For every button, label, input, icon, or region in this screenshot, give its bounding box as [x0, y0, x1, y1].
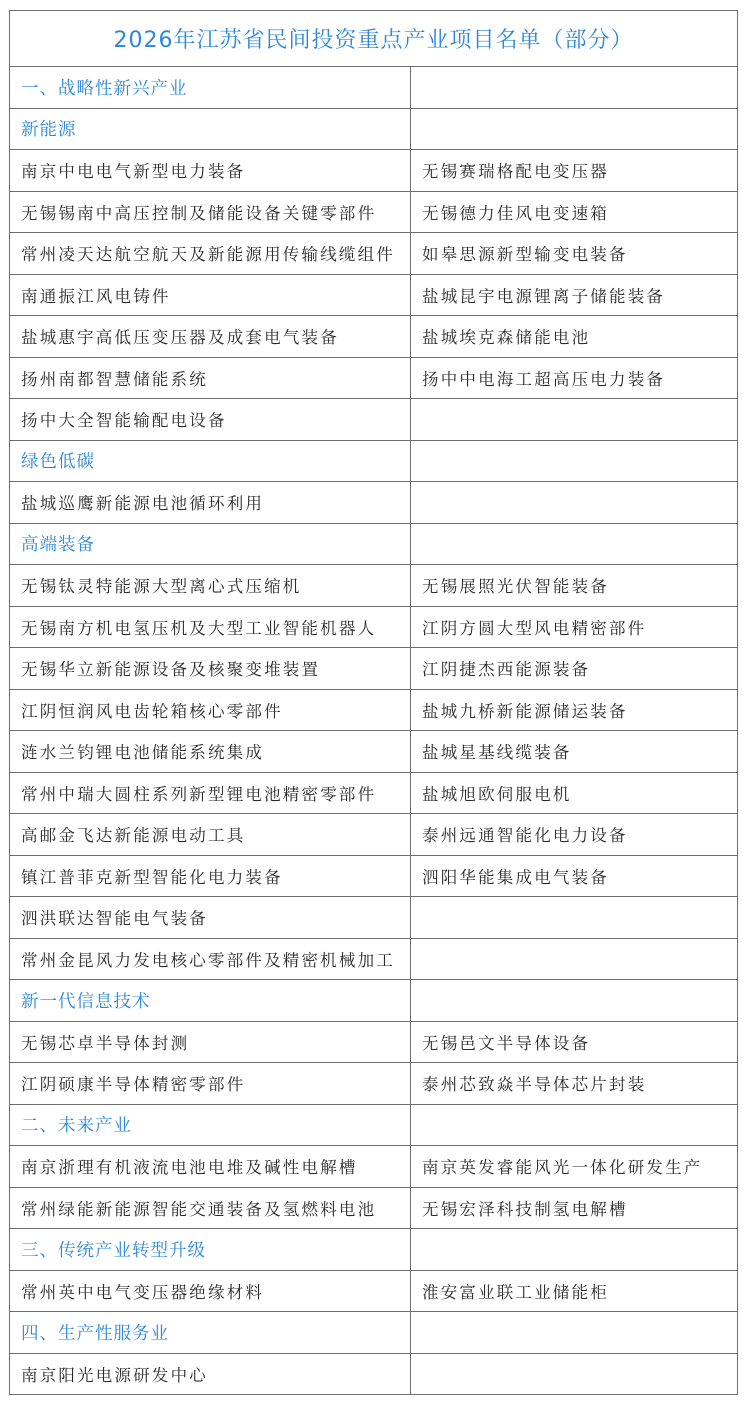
- project-cell-right: [411, 440, 738, 482]
- table-row: 盐城巡鹰新能源电池循环利用: [10, 482, 738, 524]
- project-cell-left: 江阴硕康半导体精密零部件: [10, 1063, 411, 1105]
- table-row: 无锡钛灵特能源大型离心式压缩机无锡展照光伏智能装备: [10, 565, 738, 607]
- table-row: 常州中瑞大圆柱系列新型锂电池精密零部件盐城旭欧伺服电机: [10, 772, 738, 814]
- section-title: 新能源: [10, 108, 411, 150]
- project-cell-left: 江阴恒润风电齿轮箱核心零部件: [10, 689, 411, 731]
- table-row: 盐城惠宇高低压变压器及成套电气装备盐城埃克森储能电池: [10, 316, 738, 358]
- table-row: 泗洪联达智能电气装备: [10, 897, 738, 939]
- project-cell-right: 江阴方圆大型风电精密部件: [411, 606, 738, 648]
- project-cell-left: 高邮金飞达新能源电动工具: [10, 814, 411, 856]
- project-cell-right: 盐城旭欧伺服电机: [411, 772, 738, 814]
- project-cell-right: 无锡邑文半导体设备: [411, 1021, 738, 1063]
- project-cell-right: [411, 980, 738, 1022]
- table-row: 南京浙理有机液流电池电堆及碱性电解槽南京英发睿能风光一体化研发生产: [10, 1146, 738, 1188]
- project-cell-left: 无锡南方机电氢压机及大型工业智能机器人: [10, 606, 411, 648]
- section-header-row: 三、传统产业转型升级: [10, 1229, 738, 1271]
- table-row: 高邮金飞达新能源电动工具泰州远通智能化电力设备: [10, 814, 738, 856]
- project-cell-left: 常州中瑞大圆柱系列新型锂电池精密零部件: [10, 772, 411, 814]
- project-cell-right: [411, 399, 738, 441]
- section-header-row: 一、战略性新兴产业: [10, 67, 738, 109]
- section-title: 高端装备: [10, 523, 411, 565]
- table-row: 南京阳光电源研发中心: [10, 1353, 738, 1395]
- project-cell-right: [411, 1312, 738, 1354]
- project-cell-right: [411, 1229, 738, 1271]
- section-title: 新一代信息技术: [10, 980, 411, 1022]
- section-title: 二、未来产业: [10, 1104, 411, 1146]
- project-cell-left: 盐城惠宇高低压变压器及成套电气装备: [10, 316, 411, 358]
- project-cell-right: [411, 1353, 738, 1395]
- table-row: 南通振江风电铸件盐城昆宇电源锂离子储能装备: [10, 274, 738, 316]
- project-cell-left: 无锡华立新能源设备及核聚变堆装置: [10, 648, 411, 690]
- section-title: 一、战略性新兴产业: [10, 67, 411, 109]
- project-cell-left: 盐城巡鹰新能源电池循环利用: [10, 482, 411, 524]
- table-title: 2026年江苏省民间投资重点产业项目名单（部分）: [10, 11, 738, 67]
- project-cell-right: [411, 1104, 738, 1146]
- project-cell-right: 泗阳华能集成电气装备: [411, 855, 738, 897]
- table-row: 江阴恒润风电齿轮箱核心零部件盐城九桥新能源储运装备: [10, 689, 738, 731]
- section-header-row: 二、未来产业: [10, 1104, 738, 1146]
- section-title: 四、生产性服务业: [10, 1312, 411, 1354]
- table-row: 常州英中电气变压器绝缘材料淮安富业联工业储能柜: [10, 1270, 738, 1312]
- section-header-row: 绿色低碳: [10, 440, 738, 482]
- table-row: 江阴硕康半导体精密零部件泰州芯致焱半导体芯片封装: [10, 1063, 738, 1105]
- project-cell-right: [411, 938, 738, 980]
- project-cell-right: [411, 482, 738, 524]
- project-cell-right: 盐城埃克森储能电池: [411, 316, 738, 358]
- project-cell-left: 无锡芯卓半导体封测: [10, 1021, 411, 1063]
- table-row: 无锡芯卓半导体封测无锡邑文半导体设备: [10, 1021, 738, 1063]
- section-header-row: 高端装备: [10, 523, 738, 565]
- section-title: 绿色低碳: [10, 440, 411, 482]
- project-cell-left: 泗洪联达智能电气装备: [10, 897, 411, 939]
- project-cell-left: 镇江普菲克新型智能化电力装备: [10, 855, 411, 897]
- project-cell-right: [411, 897, 738, 939]
- project-cell-right: 盐城九桥新能源储运装备: [411, 689, 738, 731]
- section-header-row: 新能源: [10, 108, 738, 150]
- project-cell-right: [411, 523, 738, 565]
- project-cell-left: 扬州南都智慧储能系统: [10, 357, 411, 399]
- table-row: 南京中电电气新型电力装备无锡赛瑞格配电变压器: [10, 150, 738, 192]
- project-cell-left: 扬中大全智能输配电设备: [10, 399, 411, 441]
- project-cell-right: 盐城昆宇电源锂离子储能装备: [411, 274, 738, 316]
- project-cell-right: 盐城星基线缆装备: [411, 731, 738, 773]
- project-cell-right: 南京英发睿能风光一体化研发生产: [411, 1146, 738, 1188]
- project-cell-left: 常州金昆风力发电核心零部件及精密机械加工: [10, 938, 411, 980]
- section-header-row: 新一代信息技术: [10, 980, 738, 1022]
- table-row: 无锡锡南中高压控制及储能设备关键零部件无锡德力佳风电变速箱: [10, 191, 738, 233]
- table-row: 涟水兰钧锂电池储能系统集成盐城星基线缆装备: [10, 731, 738, 773]
- table-row: 扬州南都智慧储能系统扬中中电海工超高压电力装备: [10, 357, 738, 399]
- project-cell-right: 如皋思源新型输变电装备: [411, 233, 738, 275]
- project-cell-right: 泰州远通智能化电力设备: [411, 814, 738, 856]
- table-row: 镇江普菲克新型智能化电力装备泗阳华能集成电气装备: [10, 855, 738, 897]
- project-cell-right: 淮安富业联工业储能柜: [411, 1270, 738, 1312]
- project-table: 2026年江苏省民间投资重点产业项目名单（部分） 一、战略性新兴产业新能源南京中…: [9, 10, 738, 1395]
- project-cell-right: 无锡赛瑞格配电变压器: [411, 150, 738, 192]
- project-cell-left: 常州凌天达航空航天及新能源用传输线缆组件: [10, 233, 411, 275]
- table-row: 常州绿能新能源智能交通装备及氢燃料电池无锡宏泽科技制氢电解槽: [10, 1187, 738, 1229]
- project-cell-left: 常州绿能新能源智能交通装备及氢燃料电池: [10, 1187, 411, 1229]
- project-cell-left: 南京浙理有机液流电池电堆及碱性电解槽: [10, 1146, 411, 1188]
- project-cell-left: 南京阳光电源研发中心: [10, 1353, 411, 1395]
- project-cell-left: 涟水兰钧锂电池储能系统集成: [10, 731, 411, 773]
- project-cell-right: [411, 67, 738, 109]
- table-row: 常州金昆风力发电核心零部件及精密机械加工: [10, 938, 738, 980]
- project-cell-left: 无锡锡南中高压控制及储能设备关键零部件: [10, 191, 411, 233]
- project-cell-left: 无锡钛灵特能源大型离心式压缩机: [10, 565, 411, 607]
- project-cell-right: 无锡展照光伏智能装备: [411, 565, 738, 607]
- project-list-document: 2026年江苏省民间投资重点产业项目名单（部分） 一、战略性新兴产业新能源南京中…: [9, 10, 737, 1395]
- project-cell-left: 南京中电电气新型电力装备: [10, 150, 411, 192]
- project-cell-right: 无锡德力佳风电变速箱: [411, 191, 738, 233]
- project-cell-left: 南通振江风电铸件: [10, 274, 411, 316]
- table-row: 扬中大全智能输配电设备: [10, 399, 738, 441]
- project-cell-right: 江阴捷杰西能源装备: [411, 648, 738, 690]
- table-row: 无锡南方机电氢压机及大型工业智能机器人江阴方圆大型风电精密部件: [10, 606, 738, 648]
- table-row: 常州凌天达航空航天及新能源用传输线缆组件如皋思源新型输变电装备: [10, 233, 738, 275]
- section-title: 三、传统产业转型升级: [10, 1229, 411, 1271]
- title-row: 2026年江苏省民间投资重点产业项目名单（部分）: [10, 11, 738, 67]
- project-cell-right: 泰州芯致焱半导体芯片封装: [411, 1063, 738, 1105]
- table-row: 无锡华立新能源设备及核聚变堆装置江阴捷杰西能源装备: [10, 648, 738, 690]
- project-cell-left: 常州英中电气变压器绝缘材料: [10, 1270, 411, 1312]
- project-cell-right: 扬中中电海工超高压电力装备: [411, 357, 738, 399]
- project-cell-right: [411, 108, 738, 150]
- project-cell-right: 无锡宏泽科技制氢电解槽: [411, 1187, 738, 1229]
- section-header-row: 四、生产性服务业: [10, 1312, 738, 1354]
